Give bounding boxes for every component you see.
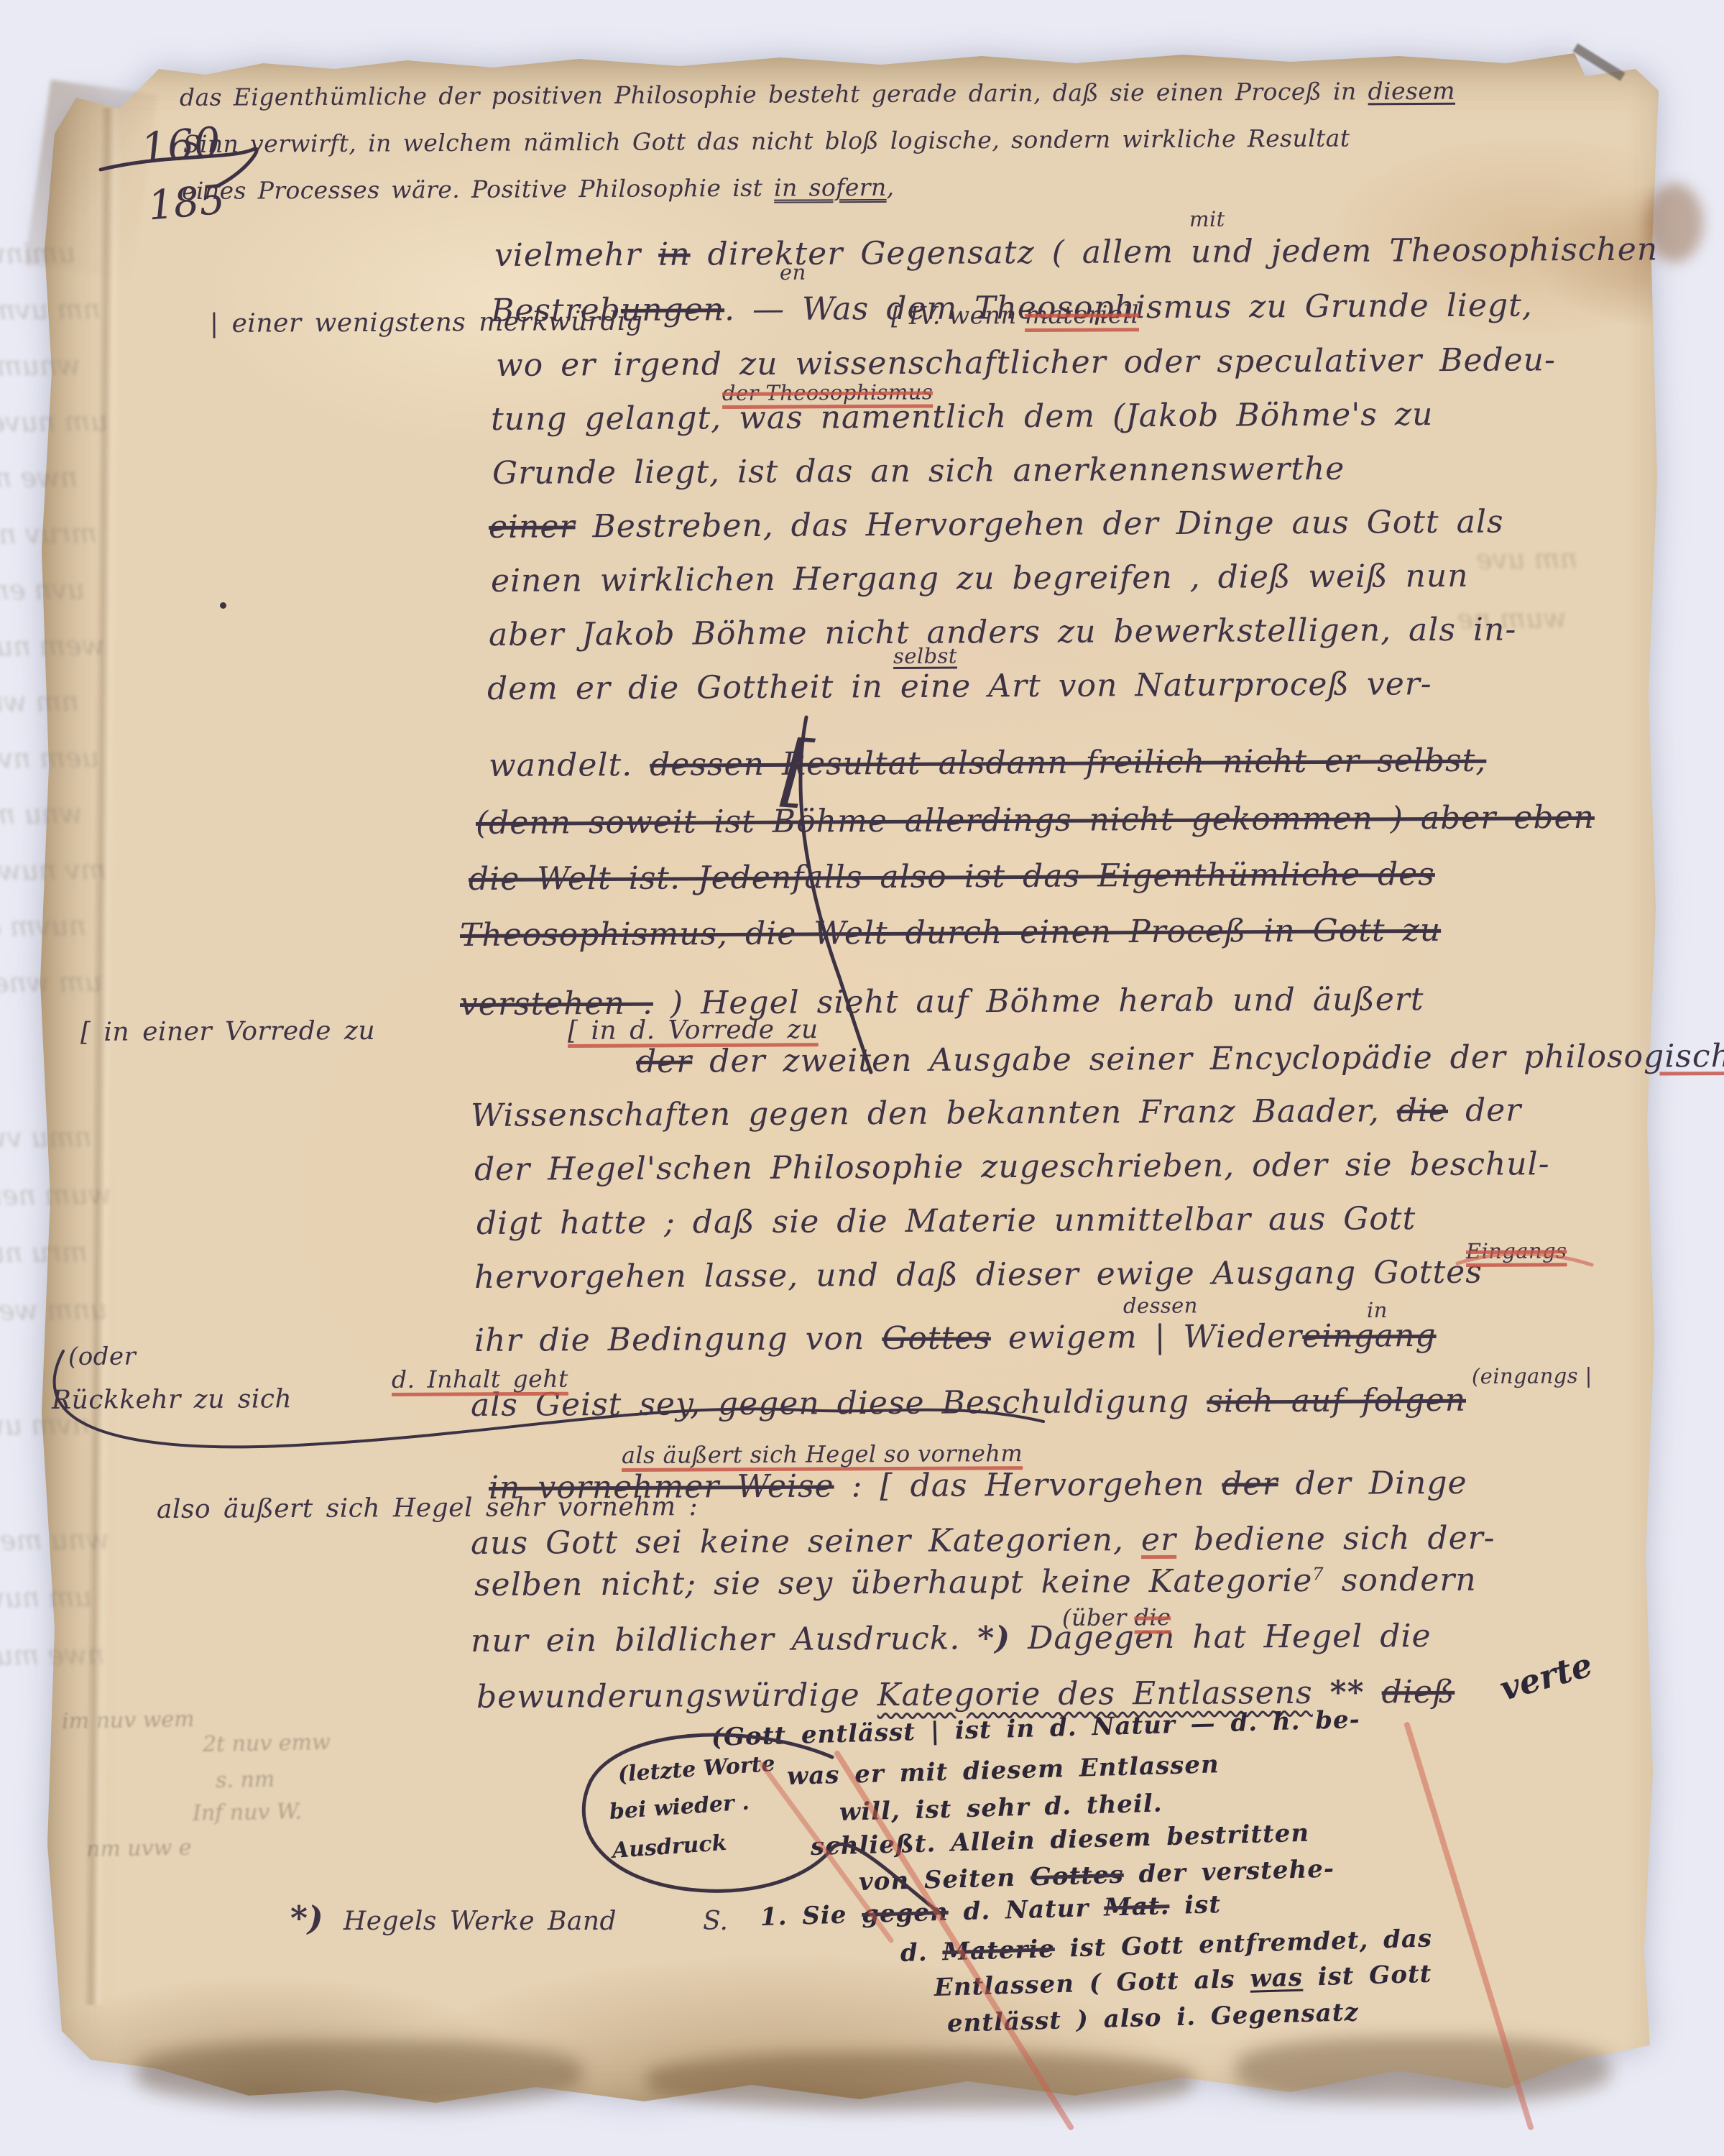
body-line: einen wirklichen Hergang zu begreifen , …	[491, 558, 1469, 599]
bleedthrough-line: mruv new umn vem	[0, 517, 97, 552]
interlinear-note: en	[780, 260, 806, 285]
interlinear-note: [ IV. wenn materiell	[891, 300, 1139, 331]
interlinear-note: Eingangs	[1466, 1238, 1567, 1263]
body-line: die Welt ist. Jedenfalls also ist das Ei…	[469, 856, 1435, 898]
body-line: Wissenschaften gegen den bekannten Franz…	[471, 1092, 1522, 1134]
margin-note: [ in d. Vorrede zu	[568, 1015, 819, 1046]
pencil-line: s. nm	[216, 1767, 275, 1793]
pencil-line: im nuv wem	[62, 1707, 195, 1734]
footnote: *)Hegels Werke BandS.	[290, 1899, 728, 1938]
bleedthrough-line: um nuvem rwn umne	[0, 405, 108, 440]
bleedthrough-line: nuvm ewn urm ne	[0, 910, 86, 944]
interlinear-note: [	[779, 723, 816, 817]
body-line: wo er irgend zu wissenschaftlicher oder …	[496, 341, 1556, 384]
body-line: tung gelangt, was namentlich dem (Jakob …	[491, 396, 1434, 438]
bleedthrough-line: nwe muv renm uw	[0, 461, 78, 496]
interlinear-note: als äußert sich Hegel so vornehm	[622, 1439, 1023, 1469]
bleedthrough-line: mv nuwe mrn uvem	[0, 854, 106, 888]
margin-note: | einer wenigstens merkwürdig	[210, 307, 643, 338]
body-line: einer Bestreben, das Hervorgehen der Din…	[489, 504, 1504, 545]
interlinear-note: der Theosophismus	[722, 379, 933, 405]
body-line: vielmehr in direkter Gegensatz ( allem u…	[494, 231, 1658, 274]
pencil-line: Inf nuv W.	[193, 1799, 303, 1826]
interlinear-note: dessen	[1123, 1293, 1198, 1318]
body-line: selben nicht; sie sey überhaupt keine Ka…	[474, 1562, 1477, 1603]
body-line: Theosophismus, die Welt durch einen Proc…	[460, 912, 1441, 954]
interlinear-note: in	[1367, 1298, 1388, 1322]
bleedthrough-line: wnu merv unm we	[0, 798, 83, 832]
bleedthrough-line: um nuvem rwn um	[0, 1581, 92, 1616]
interlinear-note: mit	[1189, 207, 1225, 231]
bleedthrough-line: nm uve	[1476, 543, 1577, 575]
interlinear-note: (über die	[1062, 1603, 1171, 1631]
body-line: der Hegel'schen Philosophie zugeschriebe…	[474, 1146, 1550, 1188]
pencil-line: 2t nuv emw	[203, 1730, 331, 1757]
body-line: Grunde liegt, ist das an sich anerkennen…	[492, 451, 1345, 492]
interlinear-note: selbst	[893, 644, 957, 668]
margin-note: (oder	[68, 1342, 137, 1371]
footnote-asterisk-mark: *)	[290, 1899, 323, 1938]
body-line: wandelt. dessen Resultat alsdann freilic…	[489, 742, 1487, 784]
header-line: eines Processes wäre. Positive Philosoph…	[182, 173, 895, 205]
bleedthrough-line: um wnev murn ev	[0, 966, 102, 1000]
scanned-manuscript-screenshot: 160 185 *)Hegels Werke BandS. verte das …	[0, 0, 1724, 2156]
body-line: digt hatte ; daß sie die Materie unmitte…	[476, 1200, 1416, 1242]
body-line: als Geist sey, gegen diese Beschuldigung…	[471, 1382, 1466, 1424]
margin-note: Rückkehr zu sich	[52, 1384, 292, 1415]
interlinear-note: (eingangs |	[1472, 1363, 1592, 1388]
margin-note: also äußert sich Hegel sehr vornehm :	[157, 1492, 698, 1524]
bleedthrough-line: nmu vwen urm nuv	[0, 1121, 92, 1156]
bleedthrough-line: wem nuv mure nm	[0, 630, 105, 664]
bleedthrough-line: wnum erv unm wem	[0, 349, 80, 384]
body-line: aus Gott sei keine seiner Kategorien, er…	[471, 1520, 1495, 1562]
ink-dot	[220, 602, 226, 609]
body-line: aber Jakob Böhme nicht anders zu bewerks…	[489, 612, 1517, 653]
bleedthrough-line: nm uvm wen urnm ev	[0, 293, 101, 328]
body-line: ihr die Bedingung von Gottes ewigem | Wi…	[474, 1317, 1437, 1359]
footnote-page-abbrev: S.	[703, 1907, 728, 1936]
body-line: nur ein bildlicher Ausdruck. *) Dagegen …	[471, 1618, 1432, 1659]
margin-note: d. Inhalt geht	[392, 1365, 568, 1393]
footnote-text: Hegels Werke Band	[344, 1907, 617, 1936]
bleedthrough-line: uvn emw nurm ev	[0, 573, 85, 608]
margin-note: [ in einer Vorrede zu	[80, 1016, 375, 1047]
bleedthrough-line: uem nvw murn ev	[0, 742, 99, 776]
body-line: (denn soweit ist Böhme allerdings nicht …	[476, 799, 1595, 842]
body-line: dem er die Gottheit in eine Art von Natu…	[487, 665, 1432, 707]
bleedthrough-line: mru nuv emw nur	[0, 1236, 88, 1271]
body-line: hervorgehen lasse, und daß dieser ewige …	[474, 1254, 1483, 1296]
bleedthrough-line: nm wuve mrnu em	[0, 686, 79, 720]
